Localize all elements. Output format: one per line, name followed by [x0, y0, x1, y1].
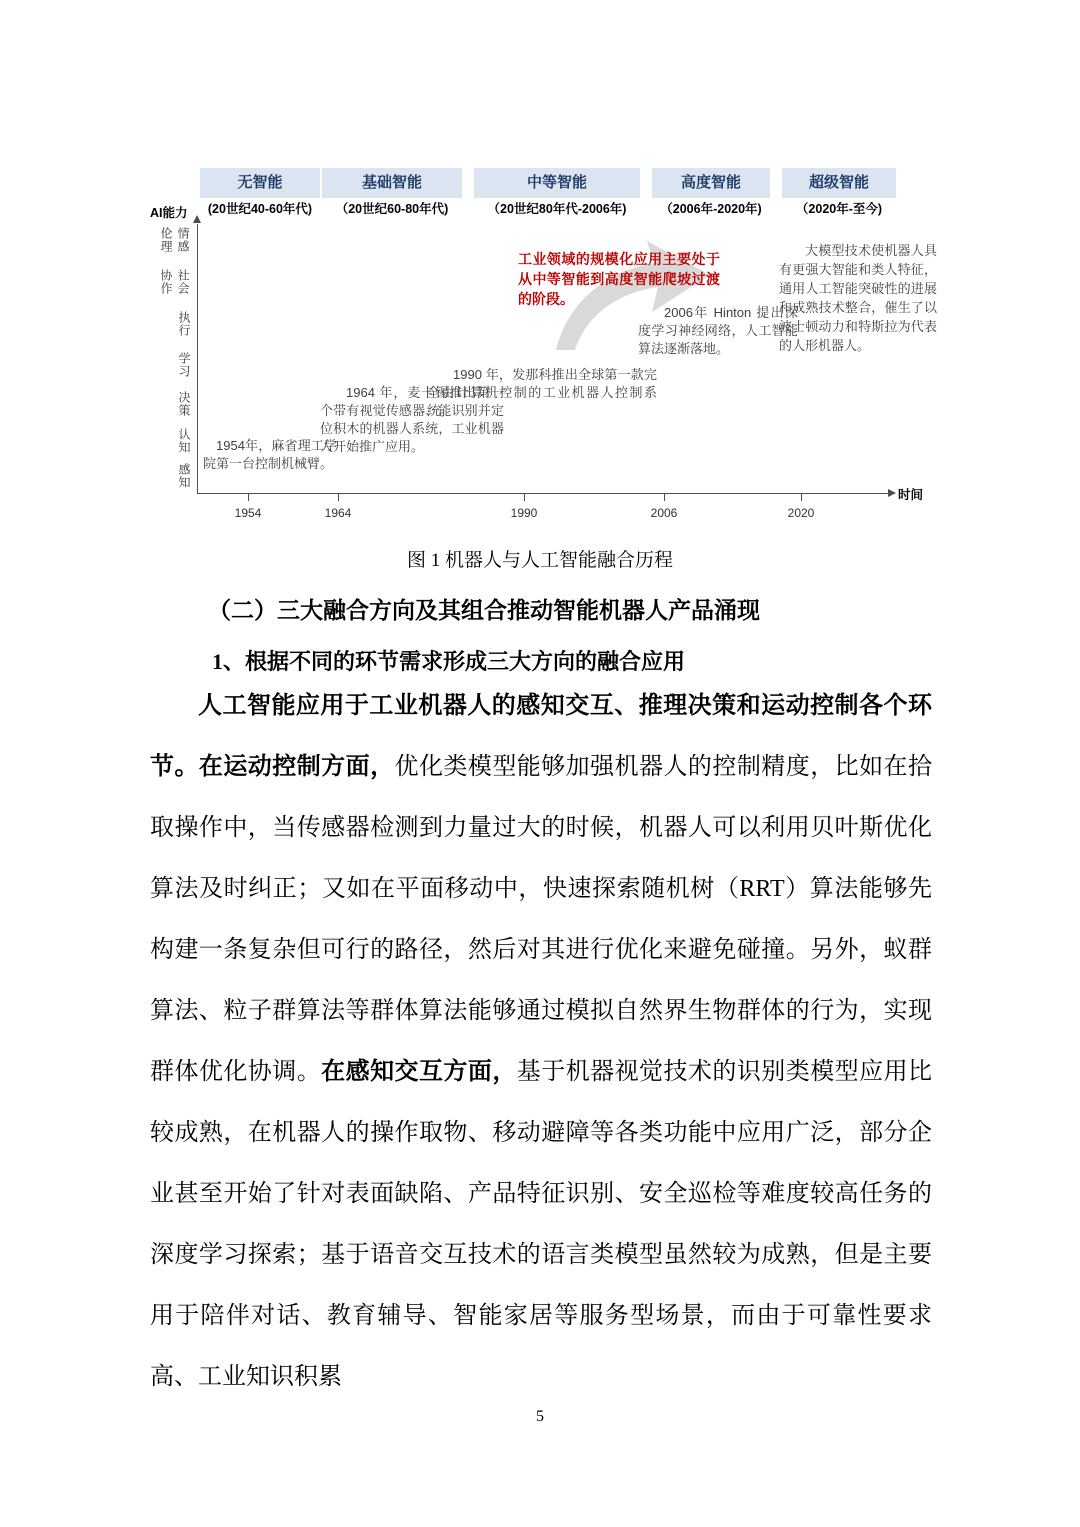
event-note-2006: 2006年 Hinton 提出深度学习神经网络，人工智能算法逐渐落地。 [638, 304, 798, 358]
highlight-note: 工业领域的规模化应用主要处于从中等智能到高度智能爬坡过渡的阶段。 [518, 249, 720, 309]
y-axis-label-learning: 学习 [176, 352, 191, 378]
y-axis-line [197, 224, 198, 493]
stage-period: （2020年-至今) [775, 201, 903, 217]
figure-timeline: 无智能 基础智能 中等智能 高度智能 超级智能 (20世纪40-60年代) （2… [0, 0, 1080, 540]
stage-period: （20世纪80年代-2006年) [469, 201, 645, 217]
x-axis-tick-label: 1964 [308, 506, 368, 520]
stage-band-no-intelligence: 无智能 [200, 168, 320, 198]
body-text-run: 在感知交互方面， [321, 1059, 517, 1085]
y-axis-label-perception: 感知 [176, 463, 191, 489]
x-axis-tick [664, 493, 665, 501]
x-axis-tick [801, 493, 802, 501]
x-axis-tick-label: 1954 [218, 506, 278, 520]
document-page: 无智能 基础智能 中等智能 高度智能 超级智能 (20世纪40-60年代) （2… [0, 0, 1080, 1527]
y-axis-arrow-icon [193, 215, 201, 223]
event-note-1954: 1954年，麻省理工学院第一台控制机械臂。 [203, 437, 337, 473]
figure-caption: 图 1 机器人与人工智能融合历程 [0, 545, 1080, 572]
x-axis-tick [338, 493, 339, 501]
y-axis-label-text: 决策 [176, 391, 191, 417]
stage-period: (20世纪40-60年代) [190, 201, 330, 217]
section-heading: （二）三大融合方向及其组合推动智能机器人产品涌现 [208, 592, 968, 625]
x-axis-tick-label: 1990 [494, 506, 554, 520]
body-text-run: 基于机器视觉技术的识别类模型应用比较成熟，在机器人的操作取物、移动避障等各类功能… [150, 1059, 932, 1390]
x-axis-tick [248, 493, 249, 501]
y-axis-label-text: 协作 [158, 269, 173, 295]
y-axis-label-text: 社会 [175, 269, 190, 295]
stage-band-super-intelligence: 超级智能 [782, 168, 896, 198]
y-axis-label-text: 感知 [176, 463, 191, 489]
x-axis-arrow-icon [888, 489, 896, 497]
x-axis-title: 时间 [898, 485, 923, 503]
y-axis-label-ethics-emotion: 伦理 情感 [158, 227, 190, 253]
y-axis-label-decision: 决策 [176, 391, 191, 417]
body-text-run: 优化类模型能够加强机器人的控制精度，比如在拾取操作中，当传感器检测到力量过大的时… [150, 754, 932, 1085]
stage-period: （2006年-2020年) [645, 201, 777, 217]
x-axis-tick [524, 493, 525, 501]
y-axis-label-collaboration-social: 协作 社会 [158, 269, 190, 295]
body-paragraph: 人工智能应用于工业机器人的感知交互、推理决策和运动控制各个环节。在运动控制方面，… [150, 676, 932, 1408]
stage-period: （20世纪60-80年代) [317, 201, 467, 217]
stage-band-basic-intelligence: 基础智能 [322, 168, 462, 198]
y-axis-label-execution: 执行 [176, 311, 191, 337]
y-axis-label-text: 执行 [176, 311, 191, 337]
y-axis-label-text: 学习 [176, 352, 191, 378]
event-note-2020s: 大模型技术使机器人具有更强大智能和类人特征，通用人工智能突破性的进展和成熟技术整… [779, 241, 937, 355]
page-number: 5 [0, 1408, 1080, 1426]
y-axis-title: AI能力 [150, 203, 188, 221]
subsection-heading: 1、根据不同的环节需求形成三大方向的融合应用 [212, 645, 972, 676]
x-axis-tick-label: 2020 [771, 506, 831, 520]
y-axis-label-text: 认知 [176, 428, 191, 454]
x-axis-tick-label: 2006 [634, 506, 694, 520]
y-axis-label-text: 情感 [175, 227, 190, 253]
stage-band-high-intelligence: 高度智能 [652, 168, 770, 198]
stage-band-medium-intelligence: 中等智能 [474, 168, 640, 198]
event-note-1990: 1990 年，发那科推出全球第一款完全由计算机控制的工业机器人控制系统。 [427, 366, 657, 420]
y-axis-label-text: 伦理 [158, 227, 173, 253]
x-axis-line [197, 493, 890, 494]
y-axis-label-cognition: 认知 [176, 428, 191, 454]
